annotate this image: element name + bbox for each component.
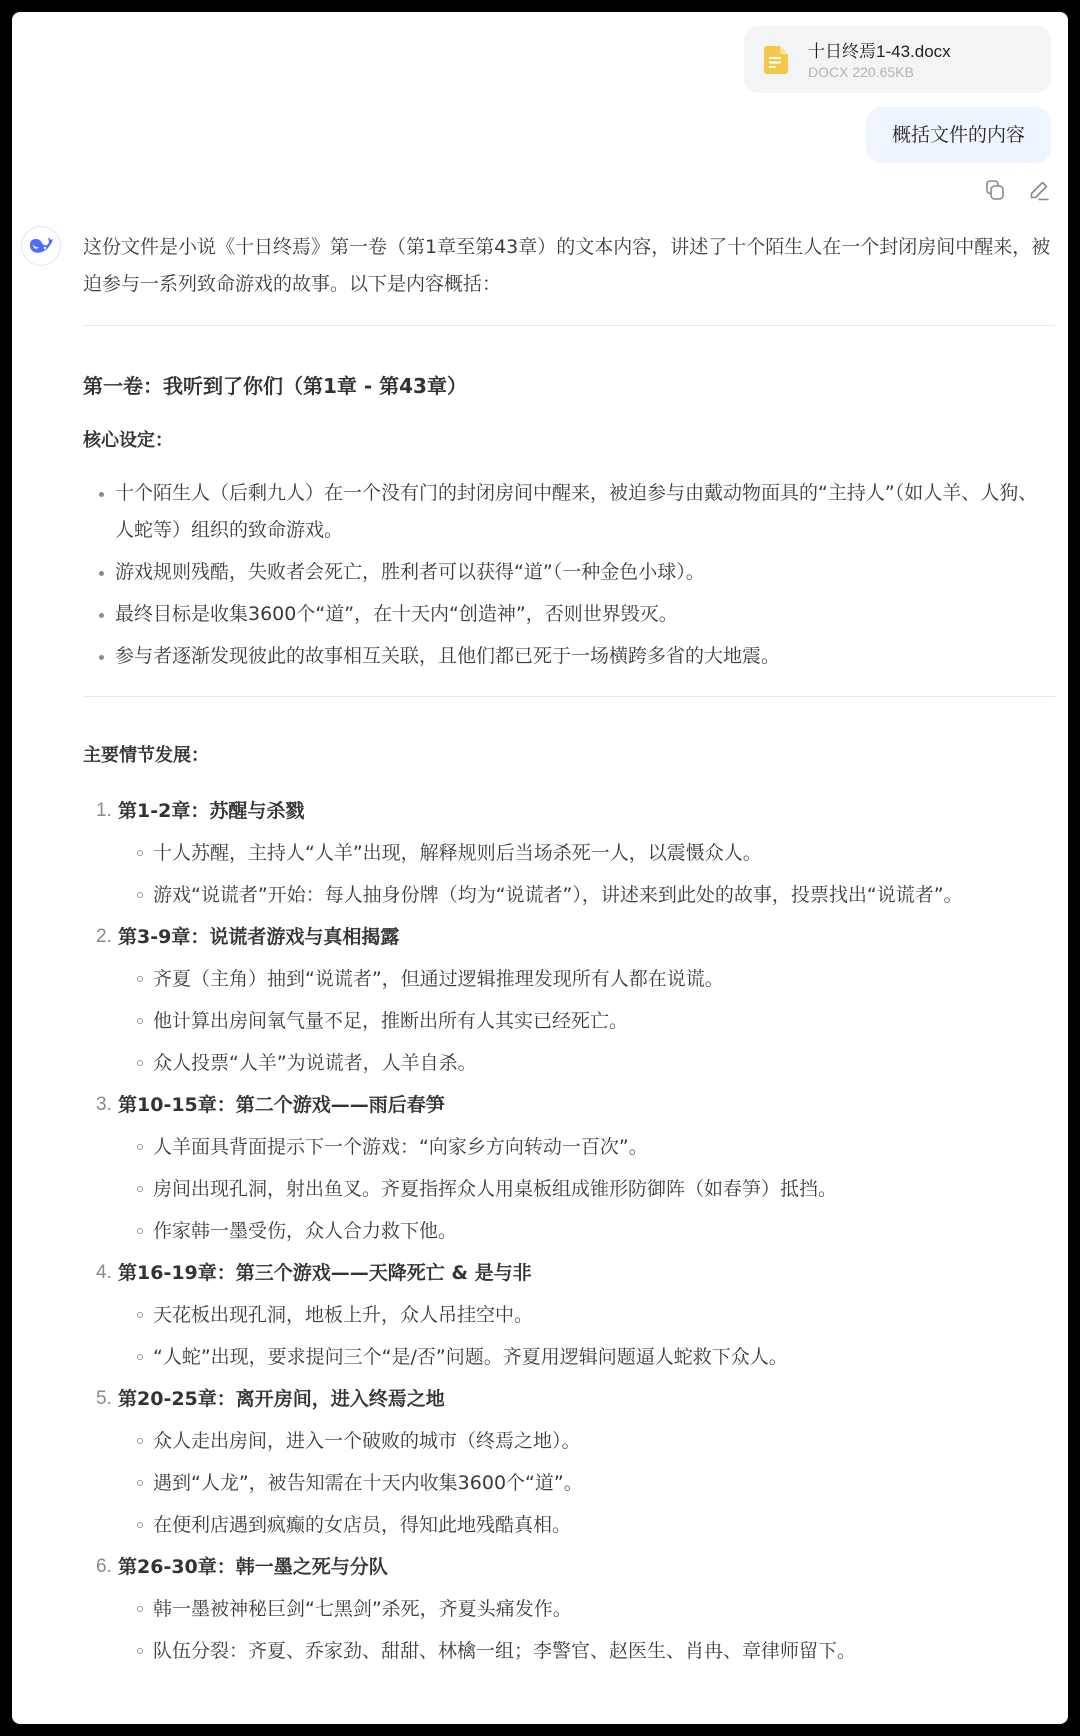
attachment-card[interactable]: 十日终焉1-43.docx DOCX 220.65KB [744, 26, 1051, 93]
volume-title: 第一卷：我听到了你们（第1章 - 第43章） [83, 371, 1055, 401]
plot-list: 1.第1-2章：苏醒与杀戮 十人苏醒，主持人“人羊”出现，解释规则后当场杀死一人… [83, 790, 1055, 1672]
list-item: 众人投票“人羊”为说谎者，人羊自杀。 [83, 1042, 1055, 1084]
item-number: 6. [96, 1546, 112, 1588]
assistant-answer: 这份文件是小说《十日终焉》第一卷（第1章至第43章）的文本内容，讲述了十个陌生人… [83, 229, 1055, 1672]
user-message: 概括文件的内容 [866, 107, 1051, 163]
plot-item-title: 第26-30章：韩一墨之死与分队 [118, 1556, 388, 1578]
item-number: 3. [96, 1084, 112, 1126]
chat-panel: 十日终焉1-43.docx DOCX 220.65KB 概括文件的内容 这份文件… [12, 12, 1068, 1724]
list-item: 最终目标是收集3600个“道”，在十天内“创造神”，否则世界毁灭。 [83, 596, 1055, 633]
list-item: “人蛇”出现，要求提问三个“是/否”问题。齐夏用逻辑问题逼人蛇救下众人。 [83, 1336, 1055, 1378]
list-item: 众人走出房间，进入一个破败的城市（终焉之地）。 [83, 1420, 1055, 1462]
list-item: 齐夏（主角）抽到“说谎者”，但通过逻辑推理发现所有人都在说谎。 [83, 958, 1055, 1000]
plot-item: 3.第10-15章：第二个游戏——雨后春笋 人羊面具背面提示下一个游戏：“向家乡… [83, 1084, 1055, 1252]
attachment-meta: DOCX 220.65KB [808, 64, 914, 80]
list-item: 作家韩一墨受伤，众人合力救下他。 [83, 1210, 1055, 1252]
copy-icon[interactable] [983, 178, 1007, 202]
plot-item-title: 第20-25章：离开房间，进入终焉之地 [118, 1388, 445, 1410]
list-item: 十个陌生人（后剩九人）在一个没有门的封闭房间中醒来，被迫参与由戴动物面具的“主持… [83, 475, 1055, 549]
list-item: 韩一墨被神秘巨剑“七黑剑”杀死，齐夏头痛发作。 [83, 1588, 1055, 1630]
answer-intro: 这份文件是小说《十日终焉》第一卷（第1章至第43章）的文本内容，讲述了十个陌生人… [83, 229, 1055, 303]
divider [83, 325, 1055, 326]
plot-item-title: 第16-19章：第三个游戏——天降死亡 & 是与非 [118, 1262, 532, 1284]
plot-item: 5.第20-25章：离开房间，进入终焉之地 众人走出房间，进入一个破败的城市（终… [83, 1378, 1055, 1546]
plot-item-title: 第1-2章：苏醒与杀戮 [118, 800, 304, 822]
list-item: 遇到“人龙”，被告知需在十天内收集3600个“道”。 [83, 1462, 1055, 1504]
core-settings-list: 十个陌生人（后剩九人）在一个没有门的封闭房间中醒来，被迫参与由戴动物面具的“主持… [83, 475, 1055, 675]
list-item: 十人苏醒，主持人“人羊”出现，解释规则后当场杀死一人，以震慑众人。 [83, 832, 1055, 874]
edit-icon[interactable] [1027, 178, 1051, 202]
list-item: 他计算出房间氧气量不足，推断出所有人其实已经死亡。 [83, 1000, 1055, 1042]
list-item: 房间出现孔洞，射出鱼叉。齐夏指挥众人用桌板组成锥形防御阵（如春笋）抵挡。 [83, 1168, 1055, 1210]
list-item: 游戏规则残酷，失败者会死亡，胜利者可以获得“道”（一种金色小球）。 [83, 554, 1055, 591]
deepseek-whale-icon [29, 236, 53, 256]
assistant-avatar [21, 226, 61, 266]
list-item: 队伍分裂：齐夏、乔家劲、甜甜、林檎一组；李警官、赵医生、肖冉、章律师留下。 [83, 1630, 1055, 1672]
document-icon [764, 46, 788, 74]
item-number: 5. [96, 1378, 112, 1420]
item-number: 4. [96, 1252, 112, 1294]
plot-item-title: 第3-9章：说谎者游戏与真相揭露 [118, 926, 399, 948]
plot-item: 6.第26-30章：韩一墨之死与分队 韩一墨被神秘巨剑“七黑剑”杀死，齐夏头痛发… [83, 1546, 1055, 1672]
message-actions [983, 178, 1051, 202]
list-item: 参与者逐渐发现彼此的故事相互关联，且他们都已死于一场横跨多省的大地震。 [83, 638, 1055, 675]
plot-item-title: 第10-15章：第二个游戏——雨后春笋 [118, 1094, 445, 1116]
list-item: 在便利店遇到疯癫的女店员，得知此地残酷真相。 [83, 1504, 1055, 1546]
item-number: 2. [96, 916, 112, 958]
list-item: 人羊面具背面提示下一个游戏：“向家乡方向转动一百次”。 [83, 1126, 1055, 1168]
attachment-filename: 十日终焉1-43.docx [808, 37, 951, 62]
plot-heading: 主要情节发展： [83, 742, 1055, 770]
item-number: 1. [96, 790, 112, 832]
plot-item: 1.第1-2章：苏醒与杀戮 十人苏醒，主持人“人羊”出现，解释规则后当场杀死一人… [83, 790, 1055, 916]
plot-item: 2.第3-9章：说谎者游戏与真相揭露 齐夏（主角）抽到“说谎者”，但通过逻辑推理… [83, 916, 1055, 1084]
plot-item: 4.第16-19章：第三个游戏——天降死亡 & 是与非 天花板出现孔洞，地板上升… [83, 1252, 1055, 1378]
list-item: 天花板出现孔洞，地板上升，众人吊挂空中。 [83, 1294, 1055, 1336]
divider [83, 696, 1055, 697]
core-settings-heading: 核心设定： [83, 427, 1055, 455]
list-item: 游戏“说谎者”开始：每人抽身份牌（均为“说谎者”），讲述来到此处的故事，投票找出… [83, 874, 1055, 916]
